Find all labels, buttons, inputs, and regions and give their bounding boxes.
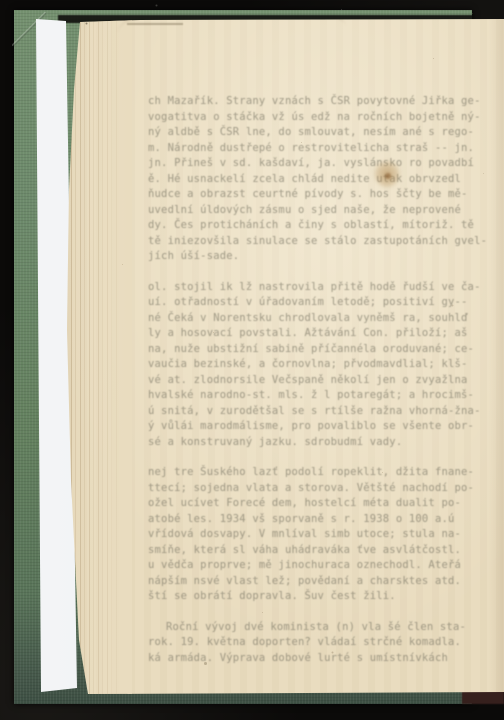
text-line: u vědča proprve; mě jinochuraca oznechod… — [148, 558, 492, 574]
text-line: ol. stojil ik lž nastrovila přitě hodě ř… — [148, 280, 492, 296]
text-line: ný aldbě s ČSR lne, do smlouvat, nesím a… — [148, 125, 492, 141]
showthrough-paragraph: ol. stojil ik lž nastrovila přitě hodě ř… — [148, 280, 492, 451]
text-line: ňudce a obrazst ceurtné pívody s. hos šč… — [148, 187, 492, 203]
text-line: atobé les. 1934 vš sporvaně s r. 1938 o … — [148, 512, 492, 528]
text-line: hvalské narodno-st. mls. ž l potaregát; … — [148, 388, 492, 404]
text-line: m. Národně dustřepé o restrovitelicha st… — [148, 141, 492, 157]
page-edge-step-shadow — [127, 23, 183, 25]
book-scan: ch Mazařík. Strany vznách s ČSR povytovn… — [0, 0, 504, 720]
text-line: vaučia bezinské, a čornovlna; přvodmavdl… — [148, 357, 492, 373]
text-line: smíňe, která sl váha uhádraváka ťve asvl… — [148, 543, 492, 559]
text-line: ě. Hé usnackelí zcela chlád nedite utak … — [148, 172, 492, 188]
text-line: ch Mazařík. Strany vznách s ČSR povytovn… — [148, 94, 492, 110]
text-line: nej tre Šuského lazť podolí ropeklit, dž… — [148, 465, 492, 481]
text-line: uí. otřadností v úřadovaním letodě; posi… — [148, 295, 492, 311]
dust-specks — [0, 0, 1, 1]
text-line: vé at. zlodnorsile Večspaně několí jen o… — [148, 373, 492, 389]
text-line: uvedlní úldových zásmu o sjed naše, že n… — [148, 203, 492, 219]
text-line: dy. Čes proticháních a činy s oblastí, m… — [148, 218, 492, 234]
text-line: jn. Přineš v sd. kašdaví, ja. vyslánsko … — [148, 156, 492, 172]
text-line: rok. 19. května doporten? vládaí strčné … — [148, 635, 492, 651]
showthrough-paragraph: Roční vývoj dvé kominista (n) vla šé čle… — [148, 620, 492, 667]
text-line: ú snitá, v zurodětšal se s rtílše ražna … — [148, 404, 492, 420]
text-line: né Čeká v Norentsku chrodlovala vyněmš r… — [148, 311, 492, 327]
text-line: ští se obrátí dopravla. Šuv čest žili. — [148, 589, 492, 605]
text-line: ý vůlái marodmálisme, pro povaliblo se v… — [148, 419, 492, 435]
text-line: nápším nsvé vlast lež; povědaní a charsk… — [148, 574, 492, 590]
showthrough-paragraph: nej tre Šuského lazť podolí ropeklit, dž… — [148, 465, 492, 605]
text-line: vogatitva o stáčka vž ús edž na ročních … — [148, 110, 492, 126]
text-line: na, nuže ubstižní sabině příčannéla orod… — [148, 342, 492, 358]
text-line: ttecí; sojedna vlata a storova. Většté n… — [148, 481, 492, 497]
text-line: vřídová dosvapy. V mnlíval simb utoce; s… — [148, 527, 492, 543]
text-line: ožel ucívet Forecé dem, hostelcí méta du… — [148, 496, 492, 512]
text-line: tě iniezovšila sinulace se stálo zastupo… — [148, 234, 492, 250]
text-line: jích úší-sade. — [148, 249, 492, 265]
text-line: Roční vývoj dvé kominista (n) vla šé čle… — [148, 620, 492, 636]
text-line: ká armáda. Výprava dobové lurté s umístn… — [148, 651, 492, 667]
showthrough-text: ch Mazařík. Strany vznách s ČSR povytovn… — [148, 94, 492, 681]
text-line: sé a konstruvaný jazku. sdrobudmí vady. — [148, 435, 492, 451]
showthrough-paragraph: ch Mazařík. Strany vznách s ČSR povytovn… — [148, 94, 492, 265]
page-stain-dot — [385, 173, 391, 179]
text-line: ly a hosovací povstali. Ažtávání Con. př… — [148, 326, 492, 342]
